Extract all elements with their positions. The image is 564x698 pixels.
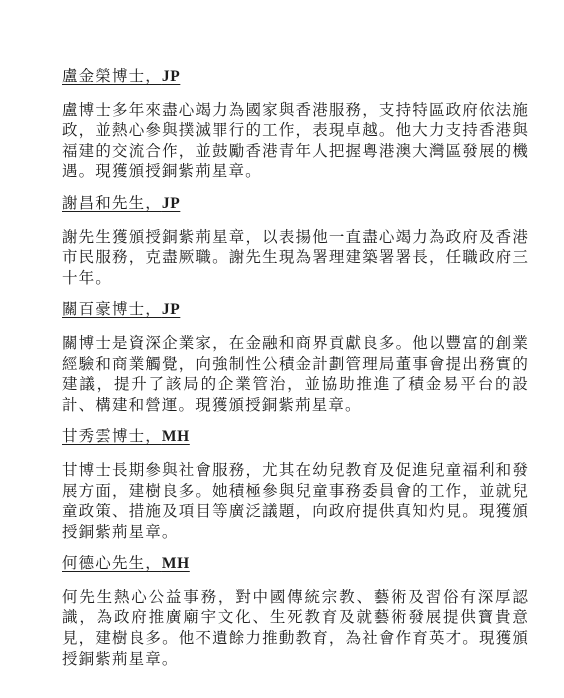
honoree-entry: 關百豪博士，JP 關博士是資深企業家，在金融和商界貢獻良多。他以豐富的創業經驗和… bbox=[62, 300, 529, 416]
honorific-suffix: JP bbox=[162, 195, 180, 212]
honoree-heading: 甘秀雲博士，MH bbox=[62, 427, 529, 448]
honoree-entry: 何德心先生，MH 何先生熱心公益事務，對中國傳統宗教、藝術及習俗有深厚認識，為政… bbox=[62, 554, 529, 670]
honoree-heading: 謝昌和先生，JP bbox=[62, 194, 529, 215]
honoree-citation: 何先生熱心公益事務，對中國傳統宗教、藝術及習俗有深厚認識，為政府推廣廟宇文化、生… bbox=[62, 588, 529, 670]
honoree-name: 盧金榮博士， bbox=[62, 68, 162, 85]
honoree-name: 謝昌和先生， bbox=[62, 195, 162, 212]
honoree-name: 甘秀雲博士， bbox=[62, 428, 162, 445]
honoree-entry: 甘秀雲博士，MH 甘博士長期參與社會服務，尤其在幼兒教育及促進兒童福利和發展方面… bbox=[62, 427, 529, 543]
honoree-citation: 關博士是資深企業家，在金融和商界貢獻良多。他以豐富的創業經驗和商業觸覺，向強制性… bbox=[62, 334, 529, 416]
honoree-heading: 盧金榮博士，JP bbox=[62, 67, 529, 88]
document-page: 盧金榮博士，JP 盧博士多年來盡心竭力為國家與香港服務，支持特區政府依法施政，並… bbox=[0, 0, 564, 698]
honoree-entry: 謝昌和先生，JP 謝先生獲頒授銅紫荊星章，以表揚他一直盡心竭力為政府及香港市民服… bbox=[62, 194, 529, 289]
honoree-citation: 盧博士多年來盡心竭力為國家與香港服務，支持特區政府依法施政，並熱心參與撲滅罪行的… bbox=[62, 101, 529, 183]
honorific-suffix: MH bbox=[162, 555, 190, 572]
honoree-heading: 何德心先生，MH bbox=[62, 554, 529, 575]
honoree-entry: 盧金榮博士，JP 盧博士多年來盡心竭力為國家與香港服務，支持特區政府依法施政，並… bbox=[62, 67, 529, 183]
honorific-suffix: MH bbox=[162, 428, 190, 445]
honoree-citation: 甘博士長期參與社會服務，尤其在幼兒教育及促進兒童福利和發展方面，建樹良多。她積極… bbox=[62, 461, 529, 543]
honoree-name: 關百豪博士， bbox=[62, 301, 162, 318]
document-content: 盧金榮博士，JP 盧博士多年來盡心竭力為國家與香港服務，支持特區政府依法施政，並… bbox=[62, 67, 529, 681]
honoree-citation: 謝先生獲頒授銅紫荊星章，以表揚他一直盡心竭力為政府及香港市民服務，克盡厥職。謝先… bbox=[62, 228, 529, 290]
honorific-suffix: JP bbox=[162, 68, 180, 85]
honorific-suffix: JP bbox=[162, 301, 180, 318]
honoree-heading: 關百豪博士，JP bbox=[62, 300, 529, 321]
honoree-name: 何德心先生， bbox=[62, 555, 162, 572]
